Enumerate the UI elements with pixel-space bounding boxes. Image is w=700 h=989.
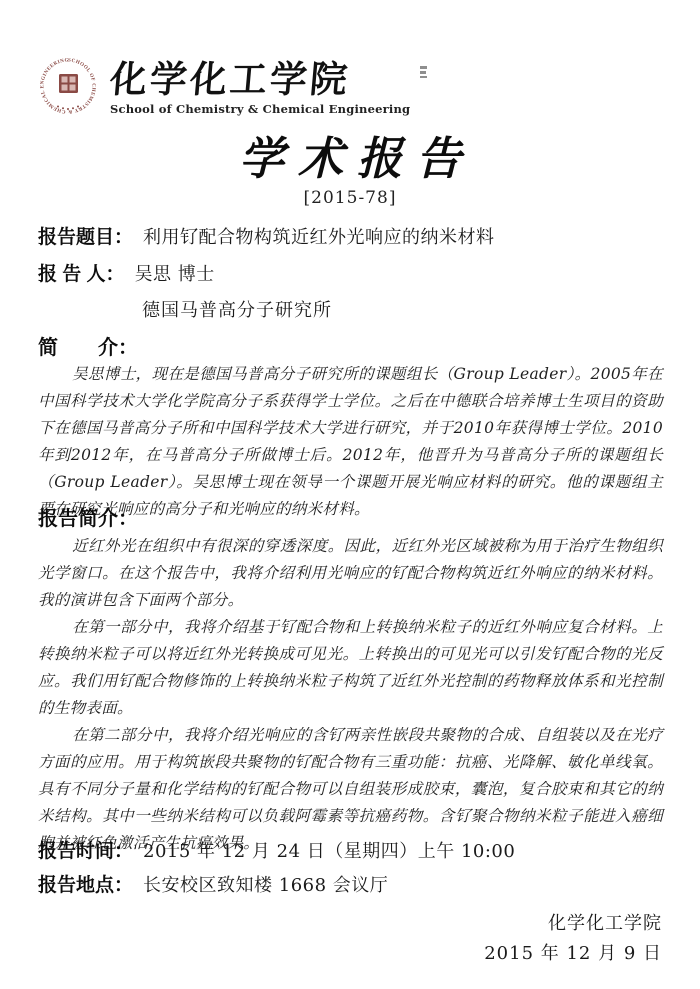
school-name-en: School of Chemistry & Chemical Engineeri… [110,102,410,116]
school-seal-icon: SCHOOL OF CHEMISTRY & CHEMICAL ENGINEERI… [36,54,100,118]
speaker-affiliation: 德国马普高分子研究所 [142,296,332,322]
venue-label: 报告地点： [38,870,133,897]
abstract-section-label: 报告简介： [38,502,138,531]
speaker-name: 吴思 博士 [135,260,215,286]
time-row: 报告时间： 2015 年 12 月 24 日（星期四）上午 10:00 [38,836,662,863]
time-label: 报告时间： [38,836,133,863]
time-value: 2015 年 12 月 24 日（星期四）上午 10:00 [143,837,515,863]
seminar-announcement-page: SCHOOL OF CHEMISTRY & CHEMICAL ENGINEERI… [0,0,700,989]
calligraphy-signature-mark [420,66,427,78]
footer-date: 2015 年 12 月 9 日 [0,939,700,965]
footer-organizer: 化学化工学院 [0,909,700,935]
abstract-text: 近红外光在组织中有很深的穿透深度。因此，近红外光区域被称为用于治疗生物组织光学窗… [38,533,663,857]
venue-value: 长安校区致知楼 1668 会议厅 [143,871,388,897]
school-header: SCHOOL OF CHEMISTRY & CHEMICAL ENGINEERI… [36,54,427,118]
topic-value: 利用钌配合物构筑近红外光响应的纳米材料 [143,223,495,249]
abstract-paragraph: 在第一部分中，我将介绍基于钌配合物和上转换纳米粒子的近红外响应复合材料。上转换纳… [38,614,663,722]
bio-paragraph: 吴思博士，现在是德国马普高分子研究所的课题组长（Group Leader）。20… [38,361,663,523]
school-name-block: 化学化工学院 School of Chemistry & Chemical En… [110,54,410,116]
bio-section-label: 简 介： [38,331,138,360]
speaker-label: 报 告 人： [38,259,125,286]
speaker-row: 报 告 人： 吴思 博士 [38,259,662,286]
school-name-zh: 化学化工学院 [108,60,412,99]
venue-row: 报告地点： 长安校区致知楼 1668 会议厅 [38,870,662,897]
document-title: 学术报告 [0,122,700,187]
issue-number: [2015-78] [0,188,700,208]
bio-text: 吴思博士，现在是德国马普高分子研究所的课题组长（Group Leader）。20… [38,361,663,523]
topic-label: 报告题目： [38,222,133,249]
topic-row: 报告题目： 利用钌配合物构筑近红外光响应的纳米材料 [38,222,662,249]
abstract-paragraph: 近红外光在组织中有很深的穿透深度。因此，近红外光区域被称为用于治疗生物组织光学窗… [38,533,663,614]
